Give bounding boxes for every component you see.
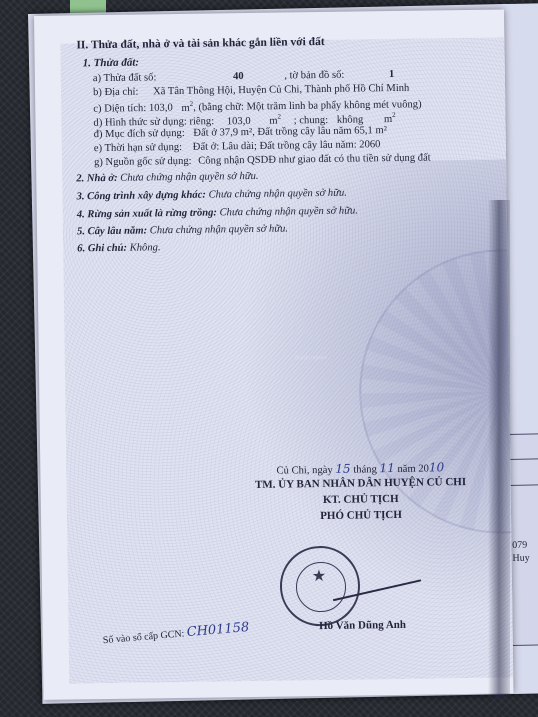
private-area-unit: m: [269, 115, 277, 126]
item-label: 6. Ghi chú:: [77, 243, 127, 255]
perennial-tree-item: 5. Cây lâu năm: Chưa chứng nhận quyền sở…: [77, 223, 288, 237]
registration-label: Số vào sổ cấp GCN:: [103, 628, 185, 646]
signer-name: Hồ Văn Dũng Anh: [262, 618, 462, 633]
planted-forest-item: 4. Rừng sản xuất là rừng trồng: Chưa chứ…: [77, 205, 358, 220]
item-value: Chưa chứng nhận quyền sở hữu.: [208, 188, 346, 201]
map-sheet-value: 1: [389, 69, 394, 80]
area-label: c) Diện tích:: [93, 103, 146, 115]
side-table-text: 079 Huy: [512, 539, 530, 565]
side-table-line: Huy: [512, 552, 530, 565]
star-icon: ★: [312, 566, 327, 586]
term-value: Đất ở: Lâu dài; Đất trồng cây lâu năm: 2…: [193, 139, 381, 153]
origin-value: Công nhận QSDĐ như giao đất có thu tiền …: [198, 152, 431, 166]
usage-origin-line: g) Nguồn gốc sử dụng: Công nhận QSDĐ như…: [94, 152, 431, 168]
date-month: 11: [379, 461, 394, 475]
term-label: e) Thời hạn sử dụng:: [94, 142, 182, 154]
parcel-number-label: a) Thửa đất số:: [93, 72, 157, 84]
date-year: 10: [429, 460, 444, 474]
map-sheet-label: , tờ bản đồ số:: [284, 70, 344, 82]
date-day: 15: [335, 462, 350, 476]
usage-term-line: e) Thời hạn sử dụng: Đất ở: Lâu dài; Đất…: [94, 139, 381, 154]
certificate-page: II. Thửa đất, nhà ở và tài sản khác gắn …: [34, 9, 514, 699]
shared-area-value: không: [337, 114, 364, 125]
section-heading: II. Thửa đất, nhà ở và tài sản khác gắn …: [76, 36, 324, 51]
registration-value: CH01158: [186, 620, 250, 640]
origin-label: g) Nguồn gốc sử dụng:: [94, 156, 192, 168]
note-item: 6. Ghi chú: Không.: [77, 242, 160, 254]
parcel-number-line: a) Thửa đất số: 40 , tờ bản đồ số: 1: [93, 69, 395, 84]
signature-block: Củ Chi, ngày 15 tháng 11 năm 2010 TM. ỦY…: [230, 460, 491, 526]
item-value: Chưa chứng nhận quyền sở hữu.: [120, 171, 258, 184]
item-label: 3. Công trình xây dựng khác:: [76, 190, 206, 203]
document-content: II. Thửa đất, nhà ở và tài sản khác gắn …: [34, 9, 514, 699]
shared-area-unit: m: [384, 114, 392, 125]
address-value: Xã Tân Thông Hội, Huyện Củ Chi, Thành ph…: [153, 83, 409, 98]
parcel-number-value: 40: [233, 71, 244, 82]
parcel-title: 1. Thửa đất:: [83, 57, 140, 70]
page-fold-shadow: [488, 200, 510, 700]
private-area-value: 103,0: [227, 116, 251, 127]
official-seal: ★: [279, 546, 360, 627]
purpose-label: đ) Mục đích sử dụng:: [94, 128, 185, 140]
address-line: b) Địa chỉ: Xã Tân Thông Hội, Huyện Củ C…: [93, 83, 409, 98]
item-label: 4. Rừng sản xuất là rừng trồng:: [77, 207, 217, 220]
signer-title: PHÓ CHỦ TỊCH: [231, 506, 491, 526]
table-divider: [508, 458, 538, 460]
item-value: Chưa chứng nhận quyền sở hữu.: [150, 223, 288, 236]
center-watermark: Batdongsan: [295, 355, 327, 361]
item-value: Không.: [130, 242, 161, 253]
purpose-value: Đất ở 37,9 m², Đất trồng cây lâu năm 65,…: [193, 125, 387, 139]
date-prefix: Củ Chi, ngày: [276, 465, 332, 477]
item-label: 5. Cây lâu năm:: [77, 225, 147, 237]
side-table-line: 079: [512, 539, 530, 552]
year-label: năm 20: [397, 464, 429, 475]
shared-area-label: ; chung:: [294, 114, 329, 125]
table-divider: [509, 484, 538, 486]
area-value: 103,0: [149, 103, 173, 114]
item-value: Chưa chứng nhận quyền sở hữu.: [220, 205, 358, 218]
registration-number: Số vào sổ cấp GCN: CH01158: [102, 620, 250, 647]
other-construction-item: 3. Công trình xây dựng khác: Chưa chứng …: [76, 188, 347, 203]
month-label: tháng: [353, 464, 377, 475]
item-label: 2. Nhà ở:: [76, 173, 117, 185]
address-label: b) Địa chỉ:: [93, 87, 138, 99]
house-item: 2. Nhà ở: Chưa chứng nhận quyền sở hữu.: [76, 171, 258, 185]
